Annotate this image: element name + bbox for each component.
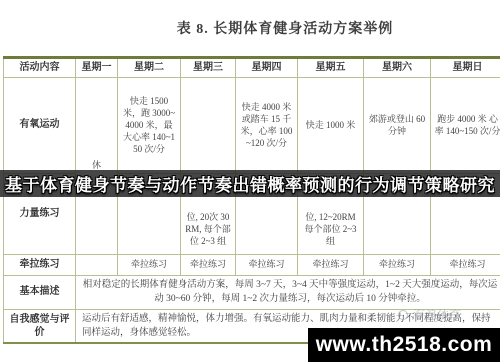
row-label-self-evaluation: 自我感觉与评价 (4, 309, 76, 343)
site-watermark-text: www.th2518.com (316, 333, 493, 357)
fitness-plan-table: 活动内容 星期一 星期二 星期三 星期四 星期五 星期六 星期日 有氧运动 休 … (3, 56, 500, 344)
cell-aerobic-friday: 快走 1000 米 (298, 77, 364, 173)
cell-aerobic-wednesday (181, 77, 236, 173)
cell-aerobic-saturday: 郊游或登山 60 分钟 (364, 77, 431, 173)
header-monday: 星期一 (76, 58, 118, 78)
cell-stretch-saturday: 牵拉练习 (364, 254, 431, 275)
table-row-aerobic: 有氧运动 休 快走 1500 米，跑 3000~4000 米，最大心率 140~… (4, 77, 500, 173)
article-title-text: 基于体育健身节奏与动作节奏出错概率预测的行为调节策略研究 (5, 171, 495, 196)
cell-monday-rest: 休 (76, 77, 118, 254)
header-wednesday: 星期三 (181, 58, 236, 78)
screenshot-page: 表 8. 长期体育健身活动方案举例 活动内容 星期一 星期二 星期三 星期四 星… (0, 0, 500, 362)
table-row-stretch: 牵拉练习 牵拉练习 牵拉练习 牵拉练习 牵拉练习 牵拉练习 牵拉练习 (4, 254, 500, 275)
header-sunday: 星期日 (431, 58, 500, 78)
header-row: 活动内容 星期一 星期二 星期三 星期四 星期五 星期六 星期日 (4, 58, 500, 78)
header-thursday: 星期四 (236, 58, 298, 78)
row-label-stretch: 牵拉练习 (4, 254, 76, 275)
faint-watermark-logo-icon (398, 310, 408, 320)
row-label-basic-description: 基本描述 (4, 275, 76, 309)
article-title-overlay: 基于体育健身节奏与动作节奏出错概率预测的行为调节策略研究 (0, 170, 500, 197)
site-watermark-bar: www.th2518.com (308, 328, 500, 362)
header-tuesday: 星期二 (118, 58, 181, 78)
header-activity: 活动内容 (4, 58, 76, 78)
table-row-basic-description: 基本描述 相对稳定的长期体育健身活动方案，每周 3~7 天，3~4 天中等强度运… (4, 275, 500, 309)
header-friday: 星期五 (298, 58, 364, 78)
header-saturday: 星期六 (364, 58, 431, 78)
cell-stretch-wednesday: 牵拉练习 (181, 254, 236, 275)
row-label-aerobic: 有氧运动 (4, 77, 76, 173)
cell-stretch-sunday: 牵拉练习 (431, 254, 500, 275)
cell-aerobic-thursday: 快走 4000 米或踏车 15 千米，心率 100~120 次/分 (236, 77, 298, 173)
faint-watermark-text: 海浪体育 (411, 306, 459, 323)
cell-aerobic-sunday: 跑步 4000 米 心率 140~150 次/分 (431, 77, 500, 173)
cell-basic-description: 相对稳定的长期体育健身活动方案，每周 3~7 天，3~4 天中等强度运动，1~2… (76, 275, 500, 309)
cell-aerobic-tuesday: 快走 1500 米，跑 3000~4000 米，最大心率 140~150 次/分 (118, 77, 181, 173)
cell-stretch-thursday: 牵拉练习 (236, 254, 298, 275)
table-title: 表 8. 长期体育健身活动方案举例 (70, 18, 500, 38)
cell-stretch-tuesday: 牵拉练习 (118, 254, 181, 275)
faint-watermark: 海浪体育 (398, 306, 459, 323)
cell-stretch-monday (76, 254, 118, 275)
cell-stretch-friday: 牵拉练习 (298, 254, 364, 275)
